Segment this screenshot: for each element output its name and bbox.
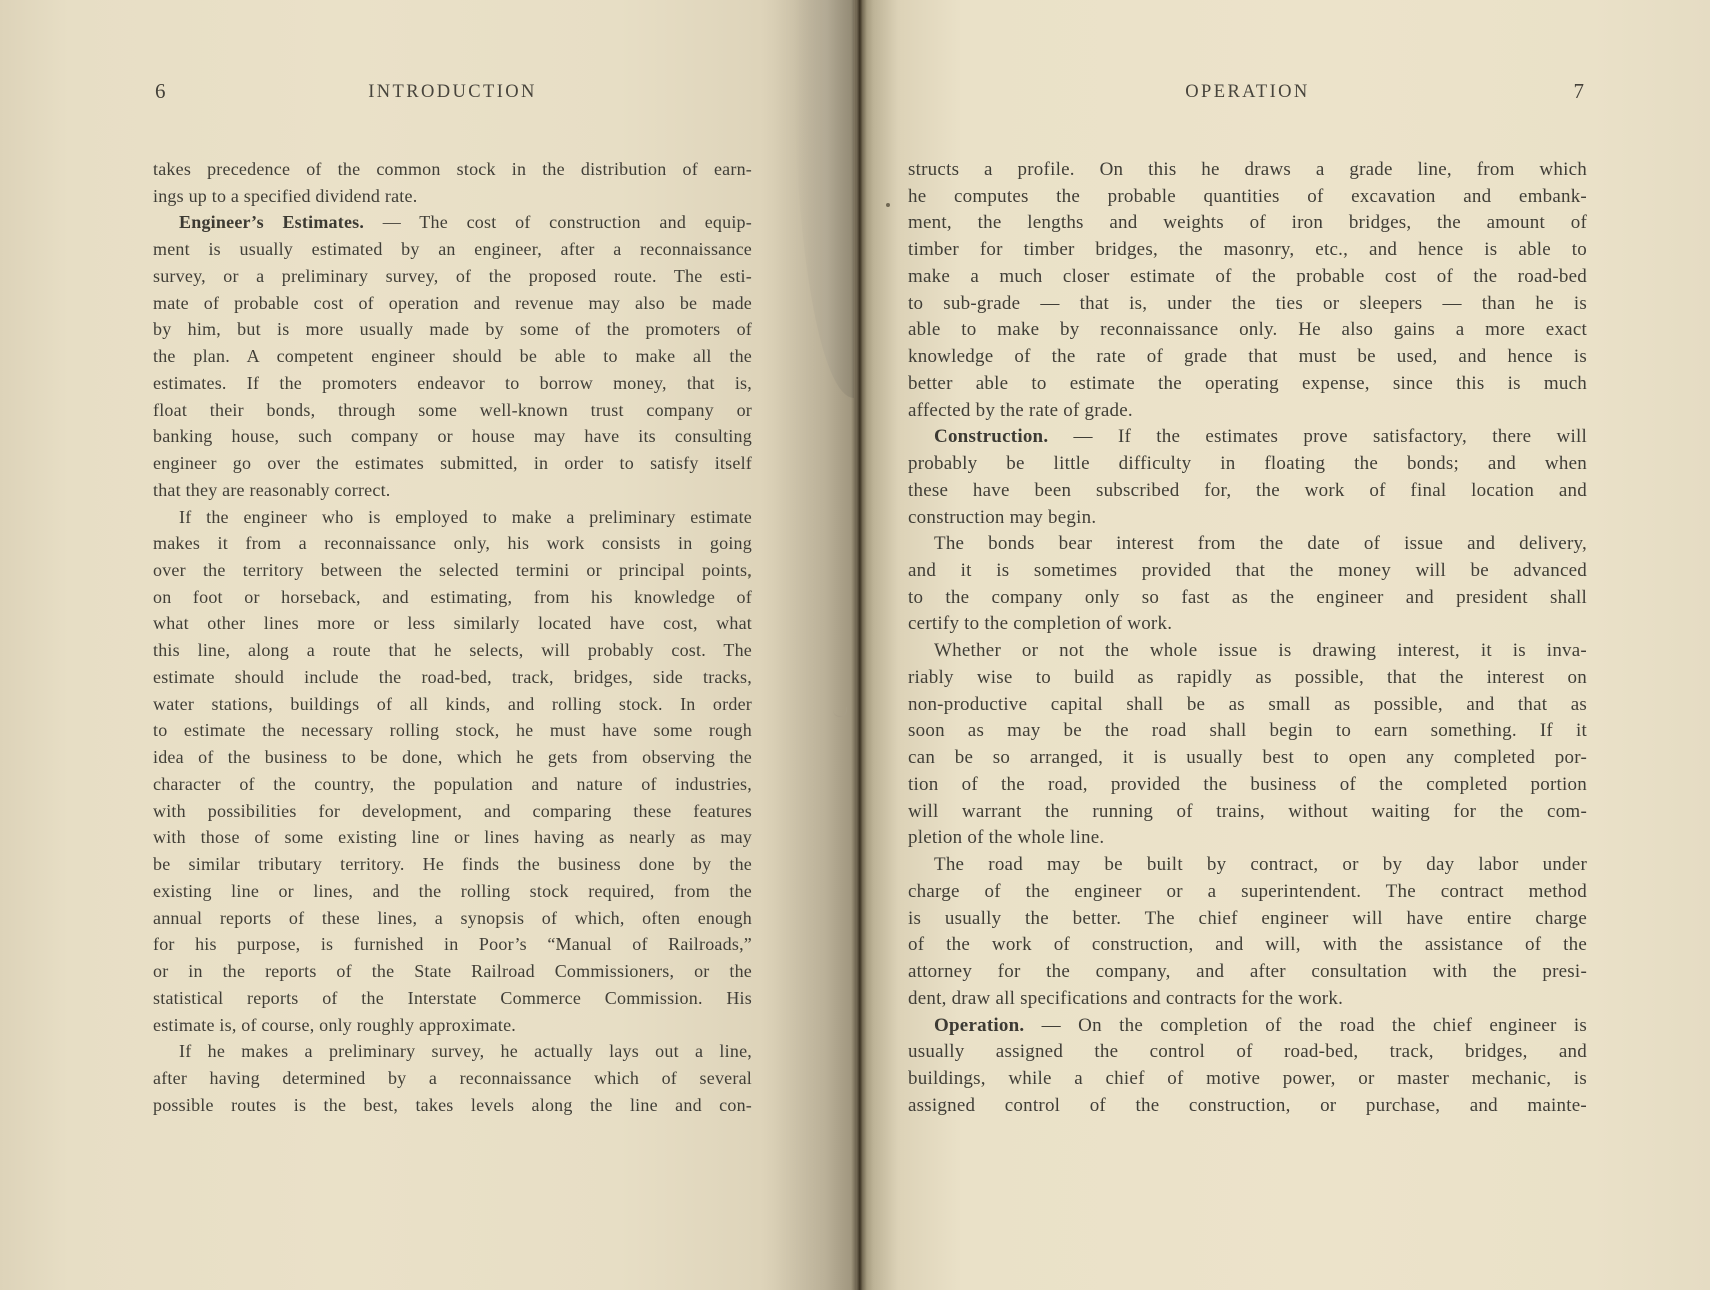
paragraph: Whether or not the whole issue is drawin… (908, 638, 1587, 852)
text-line: If the engineer who is employed to make … (153, 504, 752, 531)
text-line: is usually the better. The chief enginee… (908, 906, 1587, 933)
paragraph: Engineer’s Estimates. — The cost of cons… (153, 209, 752, 503)
right-running-head: OPERATION (908, 82, 1587, 103)
text-line: soon as may be the road shall begin to e… (908, 718, 1587, 745)
text-line: that they are reasonably correct. (153, 477, 752, 504)
text-line: estimates. If the promoters endeavor to … (153, 370, 752, 397)
text-line: engineer go over the estimates submitted… (153, 450, 752, 477)
text-line: by him, but is more usually made by some… (153, 316, 752, 343)
text-line: Construction. — If the estimates prove s… (908, 424, 1587, 451)
paper-speck (748, 574, 751, 577)
book-gutter-crease (851, 0, 867, 1290)
text-line: annual reports of these lines, a synopsi… (153, 905, 752, 932)
text-line: character of the country, the population… (153, 771, 752, 798)
paragraph-lead: Construction. (934, 426, 1074, 447)
text-line: over the territory between the selected … (153, 557, 752, 584)
text-line: ings up to a specified dividend rate. (153, 183, 752, 210)
text-line: on foot or horseback, and estimating, fr… (153, 584, 752, 611)
text-line: the plan. A competent engineer should be… (153, 343, 752, 370)
text-line: banking house, such company or house may… (153, 423, 752, 450)
text-line: and it is sometimes provided that the mo… (908, 558, 1587, 585)
text-line: estimate is, of course, only roughly app… (153, 1012, 752, 1039)
text-line: usually assigned the control of road-bed… (908, 1039, 1587, 1066)
paragraph-lead: Operation. (934, 1015, 1042, 1036)
paragraph: The bonds bear interest from the date of… (908, 531, 1587, 638)
text-line: charge of the engineer or a superintende… (908, 879, 1587, 906)
text-line: what other lines more or less similarly … (153, 610, 752, 637)
text-line: pletion of the whole line. (908, 825, 1587, 852)
text-line: float their bonds, through some well-kno… (153, 397, 752, 424)
left-running-head: INTRODUCTION (153, 82, 752, 103)
right-page-text: structs a profile. On this he draws a gr… (908, 157, 1587, 1119)
text-line: to sub-grade — that is, under the ties o… (908, 291, 1587, 318)
text-line: statistical reports of the Interstate Co… (153, 985, 752, 1012)
text-line: tion of the road, provided the business … (908, 772, 1587, 799)
text-line: takes precedence of the common stock in … (153, 156, 752, 183)
text-line: existing line or lines, and the rolling … (153, 878, 752, 905)
paragraph-lead: Engineer’s Estimates. (179, 212, 383, 232)
text-line: able to make by reconnaissance only. He … (908, 317, 1587, 344)
text-line: or in the reports of the State Railroad … (153, 958, 752, 985)
text-line: Operation. — On the completion of the ro… (908, 1013, 1587, 1040)
text-line: mate of probable cost of operation and r… (153, 290, 752, 317)
text-line: these have been subscribed for, the work… (908, 478, 1587, 505)
text-line: can be so arranged, it is usually best t… (908, 745, 1587, 772)
paragraph: If the engineer who is employed to make … (153, 504, 752, 1039)
right-page: OPERATION 7 structs a profile. On this h… (860, 0, 1710, 1290)
text-line: make a much closer estimate of the proba… (908, 264, 1587, 291)
text-line: with those of some existing line or line… (153, 824, 752, 851)
paragraph: The road may be built by contract, or by… (908, 852, 1587, 1012)
text-line: makes it from a reconnaissance only, his… (153, 530, 752, 557)
text-line: ment, the lengths and weights of iron br… (908, 210, 1587, 237)
text-line: probably be little difficulty in floatin… (908, 451, 1587, 478)
text-line: attorney for the company, and after cons… (908, 959, 1587, 986)
right-page-number: 7 (1574, 79, 1585, 104)
text-line: to the company only so fast as the engin… (908, 585, 1587, 612)
text-line: be similar tributary territory. He finds… (153, 851, 752, 878)
text-line: riably wise to build as rapidly as possi… (908, 665, 1587, 692)
paragraph: Operation. — On the completion of the ro… (908, 1013, 1587, 1120)
text-line: Engineer’s Estimates. — The cost of cons… (153, 209, 752, 236)
text-line: timber for timber bridges, the masonry, … (908, 237, 1587, 264)
text-line: construction may begin. (908, 505, 1587, 532)
text-line: estimate should include the road-bed, tr… (153, 664, 752, 691)
right-page-header: OPERATION 7 (908, 82, 1587, 112)
text-line: dent, draw all specifications and contra… (908, 986, 1587, 1013)
text-line: ment is usually estimated by an engineer… (153, 236, 752, 263)
text-line: for his purpose, is furnished in Poor’s … (153, 931, 752, 958)
text-line: certify to the completion of work. (908, 611, 1587, 638)
text-line: The bonds bear interest from the date of… (908, 531, 1587, 558)
text-line: If he makes a preliminary survey, he act… (153, 1038, 752, 1065)
text-line: structs a profile. On this he draws a gr… (908, 157, 1587, 184)
left-page-header: 6 INTRODUCTION (153, 82, 752, 112)
paragraph: Construction. — If the estimates prove s… (908, 424, 1587, 531)
book-spread: 6 INTRODUCTION takes precedence of the c… (0, 0, 1710, 1290)
text-line: water stations, buildings of all kinds, … (153, 691, 752, 718)
text-line: non-productive capital shall be as small… (908, 692, 1587, 719)
text-line: The road may be built by contract, or by… (908, 852, 1587, 879)
paragraph: structs a profile. On this he draws a gr… (908, 157, 1587, 424)
text-line: survey, or a preliminary survey, of the … (153, 263, 752, 290)
text-line: this line, along a route that he selects… (153, 637, 752, 664)
text-line: possible routes is the best, takes level… (153, 1092, 752, 1119)
text-line: buildings, while a chief of motive power… (908, 1066, 1587, 1093)
paragraph: If he makes a preliminary survey, he act… (153, 1038, 752, 1118)
paper-speck (886, 203, 890, 207)
text-line: with possibilities for development, and … (153, 798, 752, 825)
left-page: 6 INTRODUCTION takes precedence of the c… (0, 0, 860, 1290)
text-line: better able to estimate the operating ex… (908, 371, 1587, 398)
text-line: idea of the business to be done, which h… (153, 744, 752, 771)
text-line: to estimate the necessary rolling stock,… (153, 717, 752, 744)
text-line: will warrant the running of trains, with… (908, 799, 1587, 826)
left-page-text: takes precedence of the common stock in … (153, 156, 752, 1118)
paragraph: takes precedence of the common stock in … (153, 156, 752, 209)
text-line: assigned control of the construction, or… (908, 1093, 1587, 1120)
text-line: of the work of construction, and will, w… (908, 932, 1587, 959)
text-line: he computes the probable quantities of e… (908, 184, 1587, 211)
text-line: Whether or not the whole issue is drawin… (908, 638, 1587, 665)
text-line: affected by the rate of grade. (908, 398, 1587, 425)
text-line: after having determined by a reconnaissa… (153, 1065, 752, 1092)
left-page-number: 6 (155, 79, 166, 104)
text-line: knowledge of the rate of grade that must… (908, 344, 1587, 371)
